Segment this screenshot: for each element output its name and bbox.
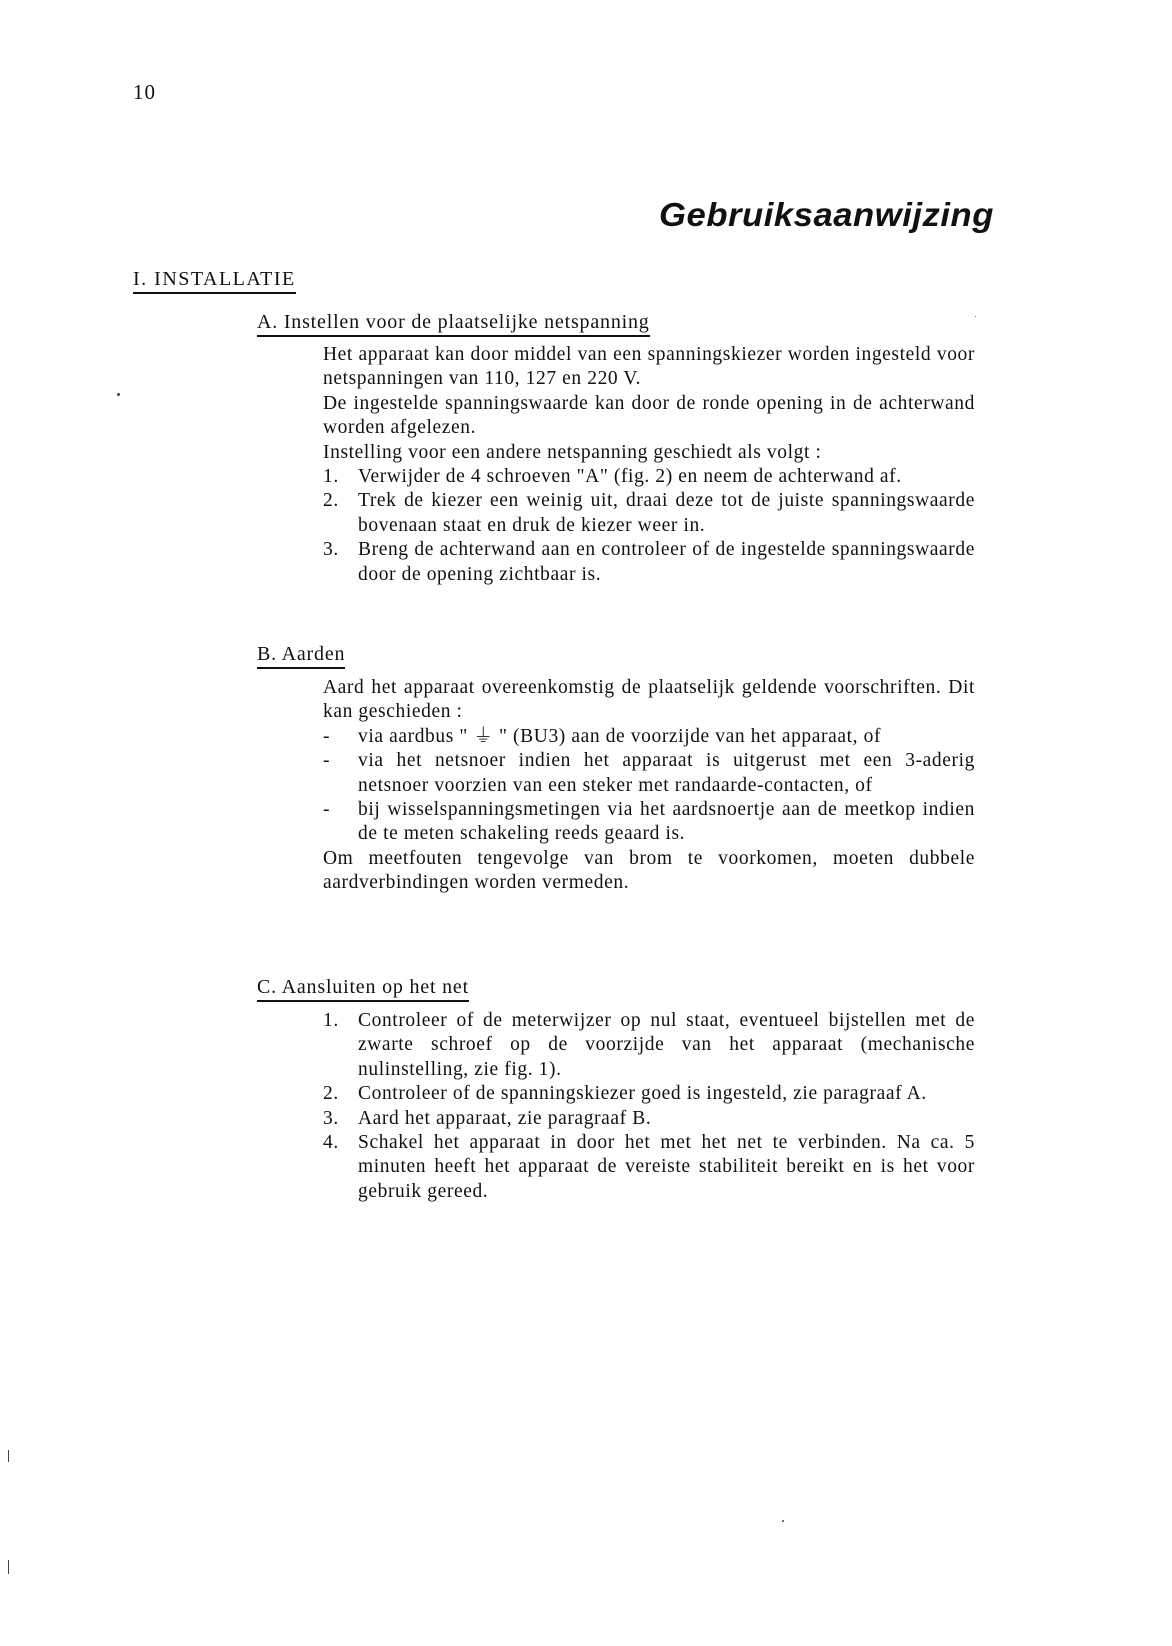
- list-text: Aard het apparaat, zie paragraaf B.: [358, 1107, 975, 1131]
- list-text: via het netsnoer indien het apparaat is …: [358, 749, 975, 798]
- paragraph: Aard het apparaat overeenkomstig de plaa…: [323, 676, 975, 725]
- list-item: 4. Schakel het apparaat in door het met …: [323, 1131, 975, 1204]
- list-marker: 4.: [323, 1131, 358, 1204]
- scan-speck: [975, 316, 976, 317]
- paragraph: Het apparaat kan door middel van een spa…: [323, 343, 975, 392]
- list-item: 1. Controleer of de meterwijzer op nul s…: [323, 1009, 975, 1082]
- scan-edge-mark: [8, 1560, 9, 1574]
- section-heading-installatie: I. INSTALLATIE: [133, 268, 296, 294]
- list-marker: 3.: [323, 1107, 358, 1131]
- list-marker: 2.: [323, 1082, 358, 1106]
- list-item: - bij wisselspanningsmetingen via het aa…: [323, 798, 975, 847]
- list-marker: -: [323, 798, 358, 847]
- list-text: Schakel het apparaat in door het met het…: [358, 1131, 975, 1204]
- list-marker: 1.: [323, 1009, 358, 1082]
- subheading-netspanning: A. Instellen voor de plaatselijke netspa…: [257, 311, 650, 337]
- list-text: Verwijder de 4 schroeven "A" (fig. 2) en…: [358, 465, 975, 489]
- list-marker: 3.: [323, 538, 358, 587]
- list-text: Controleer of de spanningskiezer goed is…: [358, 1082, 975, 1106]
- list-text: Breng de achterwand aan en controleer of…: [358, 538, 975, 587]
- list-item: - via aardbus " ⏚ " (BU3) aan de voorzij…: [323, 725, 975, 749]
- paragraph: Instelling voor een andere netspanning g…: [323, 441, 975, 465]
- scan-speck: [782, 1520, 784, 1522]
- list-marker: 2.: [323, 489, 358, 538]
- subheading-aarden: B. Aarden: [257, 643, 345, 669]
- subheading-aansluiten: C. Aansluiten op het net: [257, 976, 469, 1002]
- scan-edge-mark: [8, 1450, 9, 1462]
- list-item: 2. Controleer of de spanningskiezer goed…: [323, 1082, 975, 1106]
- page-number: 10: [133, 80, 156, 105]
- list-text: Trek de kiezer een weinig uit, draai dez…: [358, 489, 975, 538]
- list-item: 2. Trek de kiezer een weinig uit, draai …: [323, 489, 975, 538]
- list-text: via aardbus " ⏚ " (BU3) aan de voorzijde…: [358, 725, 975, 749]
- paragraph: De ingestelde spanningswaarde kan door d…: [323, 392, 975, 441]
- list-item: 3. Aard het apparaat, zie paragraaf B.: [323, 1107, 975, 1131]
- list-text: Controleer of de meterwijzer op nul staa…: [358, 1009, 975, 1082]
- section-c-body: 1. Controleer of de meterwijzer op nul s…: [323, 1009, 975, 1204]
- list-marker: -: [323, 749, 358, 798]
- list-text: bij wisselspanningsmetingen via het aard…: [358, 798, 975, 847]
- list-marker: 1.: [323, 465, 358, 489]
- page-title: Gebruiksaanwijzing: [659, 196, 994, 234]
- list-marker: -: [323, 725, 358, 749]
- scan-speck: [117, 393, 120, 396]
- list-item: 1. Verwijder de 4 schroeven "A" (fig. 2)…: [323, 465, 975, 489]
- section-a-body: Het apparaat kan door middel van een spa…: [323, 343, 975, 587]
- list-item: - via het netsnoer indien het apparaat i…: [323, 749, 975, 798]
- section-b-body: Aard het apparaat overeenkomstig de plaa…: [323, 676, 975, 896]
- paragraph: Om meetfouten tengevolge van brom te voo…: [323, 847, 975, 896]
- list-item: 3. Breng de achterwand aan en controleer…: [323, 538, 975, 587]
